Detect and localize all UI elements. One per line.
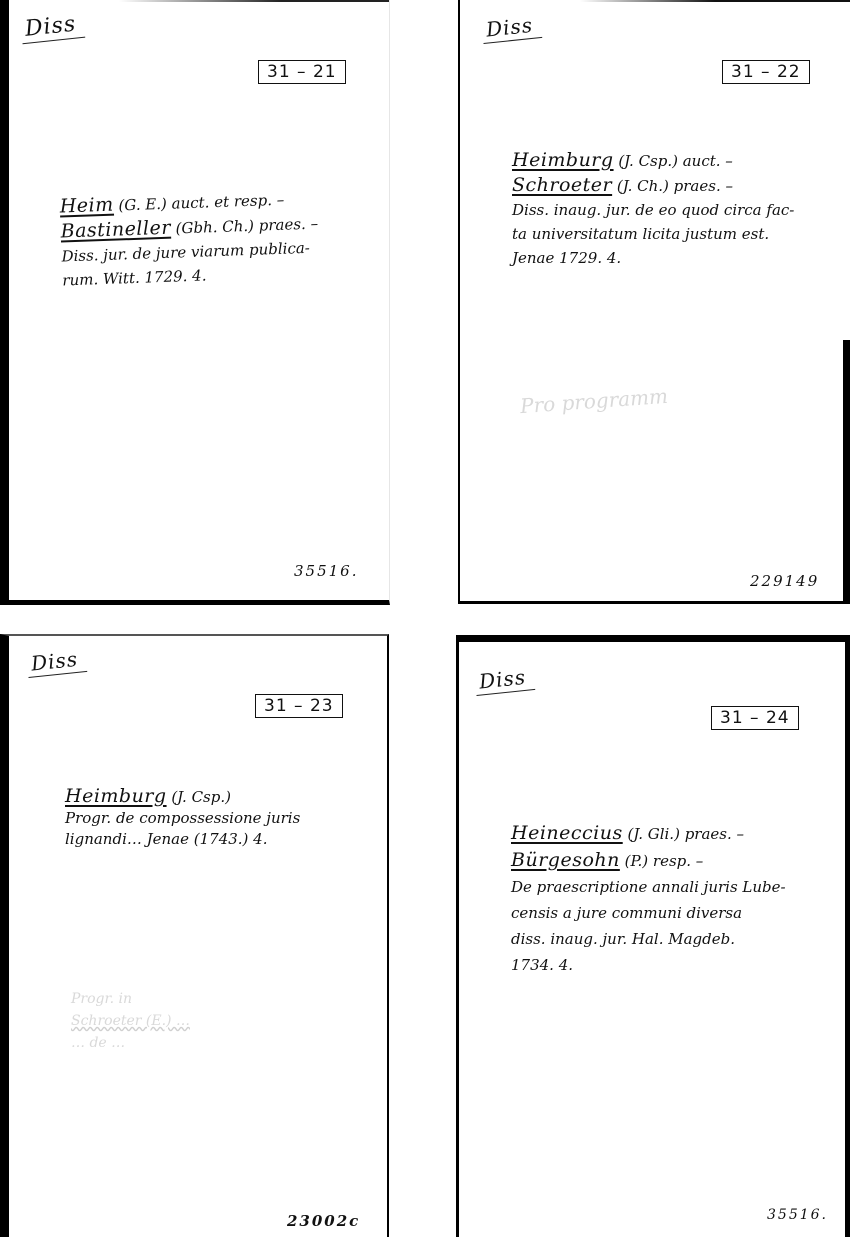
- call-number-box: 31 – 24: [711, 706, 799, 730]
- praeses-name: Bastineller: [60, 217, 171, 243]
- accession-number: 35516.: [294, 562, 359, 580]
- praeses-name: Schroeter: [512, 174, 612, 196]
- catalog-card-31-24: Diss 31 – 24 Heineccius (J. Gli.) praes.…: [456, 635, 850, 1237]
- diss-mark: Diss: [26, 645, 87, 678]
- accession-number: 23002c: [287, 1212, 360, 1230]
- entry-line: Progr. de compossessione juris: [65, 808, 300, 829]
- bibliographic-entry: Heimburg (J. Csp.) Progr. de compossessi…: [65, 786, 300, 850]
- entry-line: lignandi… Jenae (1743.) 4.: [65, 829, 300, 850]
- entry-line: censis a jure communi diversa: [511, 900, 786, 926]
- entry-line: 1734. 4.: [511, 952, 786, 978]
- faint-erased-note: Progr. in Schroeter (E.) … … de …: [71, 988, 190, 1054]
- author-name: Heim: [59, 194, 114, 218]
- entry-line: Heimburg (J. Csp.): [65, 786, 300, 808]
- entry-line: Heineccius (J. Gli.) praes. –: [511, 820, 786, 847]
- author-name: Heimburg: [65, 785, 167, 807]
- entry-line: diss. inaug. jur. Hal. Magdeb.: [511, 926, 786, 952]
- entry-line: Heimburg (J. Csp.) auct. –: [512, 148, 794, 173]
- catalog-card-31-22: Diss 31 – 22 Heimburg (J. Csp.) auct. – …: [458, 0, 850, 604]
- accession-number: 35516.: [767, 1207, 828, 1223]
- diss-mark: Diss: [481, 11, 542, 44]
- diss-mark: Diss: [474, 663, 535, 696]
- call-number-box: 31 – 23: [255, 694, 343, 718]
- catalog-card-31-23: Diss 31 – 23 Heimburg (J. Csp.) Progr. d…: [0, 634, 389, 1237]
- bibliographic-entry: Heim (G. E.) auct. et resp. – Bastinelle…: [59, 186, 320, 293]
- entry-line: Schroeter (J. Ch.) praes. –: [512, 173, 794, 198]
- call-number-box: 31 – 21: [258, 60, 346, 84]
- praeses-name: Heineccius: [511, 822, 623, 844]
- entry-line: De praescriptione annali juris Lube-: [511, 874, 786, 900]
- entry-line: Bürgesohn (P.) resp. –: [511, 847, 786, 874]
- bibliographic-entry: Heimburg (J. Csp.) auct. – Schroeter (J.…: [512, 148, 794, 270]
- faint-pencil-note: Pro programm: [519, 385, 668, 417]
- respondent-name: Bürgesohn: [511, 849, 620, 871]
- entry-line: Diss. inaug. jur. de eo quod circa fac-: [512, 198, 794, 222]
- entry-line: Jenae 1729. 4.: [512, 246, 794, 270]
- accession-number: 229149: [750, 572, 819, 590]
- bibliographic-entry: Heineccius (J. Gli.) praes. – Bürgesohn …: [511, 820, 786, 978]
- author-name: Heimburg: [512, 149, 614, 171]
- catalog-card-31-21: Diss 31 – 21 Heim (G. E.) auct. et resp.…: [0, 0, 390, 605]
- call-number-box: 31 – 22: [722, 60, 810, 84]
- diss-mark: Diss: [20, 11, 86, 44]
- entry-line: ta universitatum licita justum est.: [512, 222, 794, 246]
